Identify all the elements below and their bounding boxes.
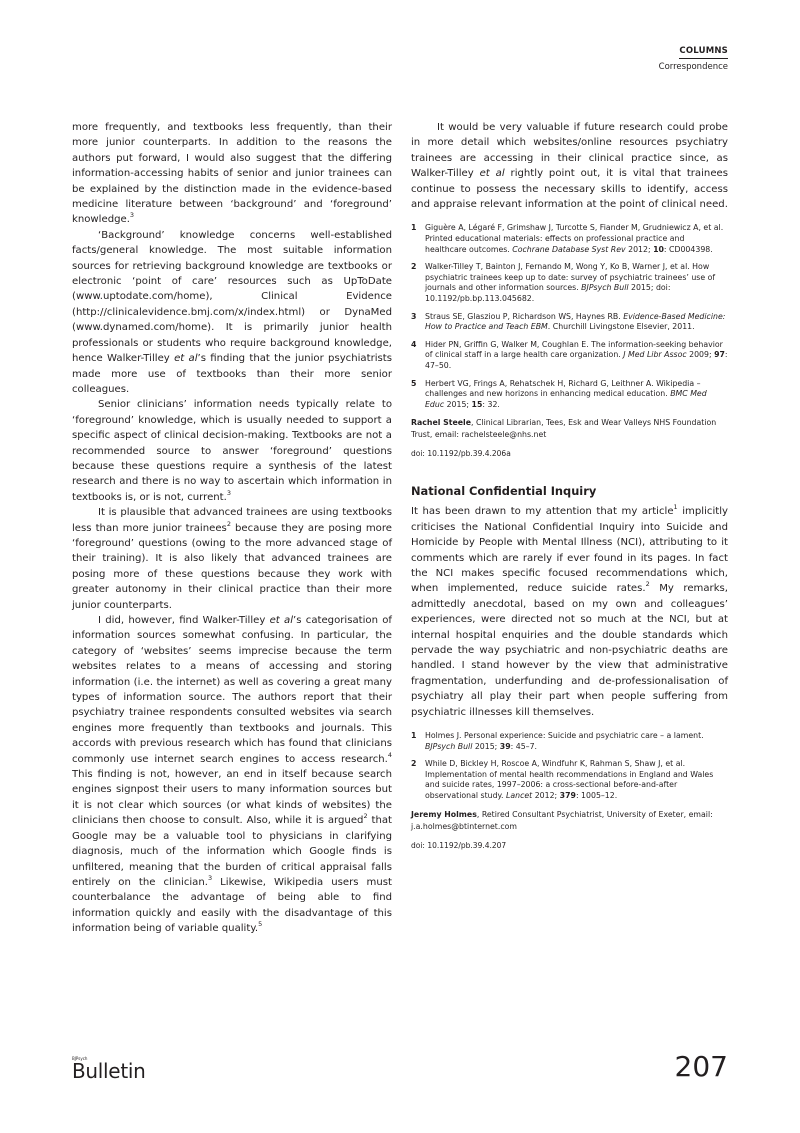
section-label: COLUMNS bbox=[679, 46, 728, 59]
author-affiliation: Jeremy Holmes, Retired Consultant Psychi… bbox=[411, 809, 728, 833]
paragraph: more frequently, and textbooks less freq… bbox=[72, 120, 392, 228]
right-column: It would be very valuable if future rese… bbox=[411, 120, 728, 850]
reference-item: 2Walker-Tilley T, Bainton J, Fernando M,… bbox=[411, 262, 728, 304]
paragraph: ‘Background’ knowledge concerns well-est… bbox=[72, 228, 392, 397]
logo-main-text: Bulletin bbox=[72, 1061, 146, 1081]
doi-link[interactable]: doi: 10.1192/pb.39.4.207 bbox=[411, 841, 728, 850]
paragraph: It has been drawn to my attention that m… bbox=[411, 504, 728, 720]
running-header: COLUMNS Correspondence bbox=[659, 38, 728, 72]
reference-item: 2While D, Bickley H, Roscoe A, Windfuhr … bbox=[411, 759, 728, 801]
reference-item: 1Holmes J. Personal experience: Suicide … bbox=[411, 731, 728, 752]
paragraph: It is plausible that advanced trainees a… bbox=[72, 505, 392, 613]
subsection-label: Correspondence bbox=[659, 62, 728, 72]
paragraph: It would be very valuable if future rese… bbox=[411, 120, 728, 212]
reference-item: 3Straus SE, Glasziou P, Richardson WS, H… bbox=[411, 312, 728, 333]
paragraph: I did, however, find Walker-Tilley et al… bbox=[72, 613, 392, 937]
left-column: more frequently, and textbooks less freq… bbox=[72, 120, 392, 937]
reference-list: 1Giguère A, Légaré F, Grimshaw J, Turcot… bbox=[411, 223, 728, 410]
page-number: 207 bbox=[675, 1050, 728, 1083]
reference-item: 4Hider PN, Griffin G, Walker M, Coughlan… bbox=[411, 340, 728, 372]
paragraph: Senior clinicians’ information needs typ… bbox=[72, 397, 392, 505]
author-affiliation: Rachel Steele, Clinical Librarian, Tees,… bbox=[411, 417, 728, 441]
reference-item: 5Herbert VG, Frings A, Rehatschek H, Ric… bbox=[411, 379, 728, 411]
reference-item: 1Giguère A, Légaré F, Grimshaw J, Turcot… bbox=[411, 223, 728, 255]
journal-logo: BJPsych Bulletin bbox=[72, 1057, 146, 1081]
letter-title: National Confidential Inquiry bbox=[411, 484, 728, 498]
doi-link[interactable]: doi: 10.1192/pb.39.4.206a bbox=[411, 449, 728, 458]
reference-list: 1Holmes J. Personal experience: Suicide … bbox=[411, 731, 728, 802]
